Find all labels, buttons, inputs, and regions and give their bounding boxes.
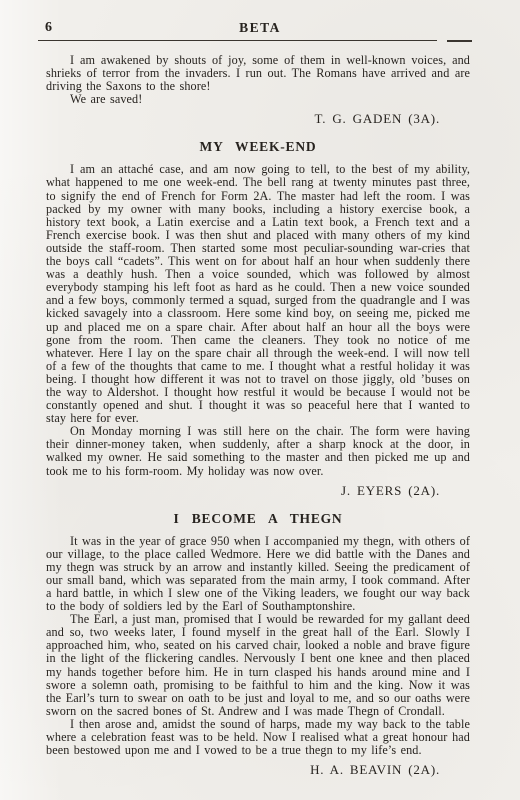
story-section-saxons: I am awakened by shouts of joy, some of …	[46, 54, 470, 127]
story-section-my-week-end: MY WEEK-END I am an attaché case, and am…	[46, 139, 470, 498]
header-rule-end	[447, 40, 472, 42]
byline: J. EYERS (2A).	[46, 483, 470, 499]
paragraph: We are saved!	[46, 93, 470, 106]
paragraph: I am awakened by shouts of joy, some of …	[46, 54, 470, 93]
paragraph: The Earl, a just man, promised that I wo…	[46, 613, 470, 718]
page-content: I am awakened by shouts of joy, some of …	[46, 52, 470, 780]
journal-title: BETA	[0, 20, 520, 36]
byline: T. G. GADEN (3A).	[46, 111, 470, 127]
paragraph: On Monday morning I was still here on th…	[46, 425, 470, 477]
magazine-page: 6 BETA I am awakened by shouts of joy, s…	[0, 0, 520, 800]
section-heading: I BECOME A THEGN	[46, 511, 470, 527]
page-header: 6 BETA	[0, 20, 520, 40]
paragraph: I then arose and, amidst the sound of ha…	[46, 718, 470, 757]
story-section-i-become-a-thegn: I BECOME A THEGN It was in the year of g…	[46, 511, 470, 779]
byline: H. A. BEAVIN (2A).	[46, 762, 470, 778]
paragraph: It was in the year of grace 950 when I a…	[46, 535, 470, 614]
header-rule	[38, 40, 437, 41]
paragraph: I am an attaché case, and am now going t…	[46, 163, 470, 425]
section-heading: MY WEEK-END	[46, 139, 470, 155]
